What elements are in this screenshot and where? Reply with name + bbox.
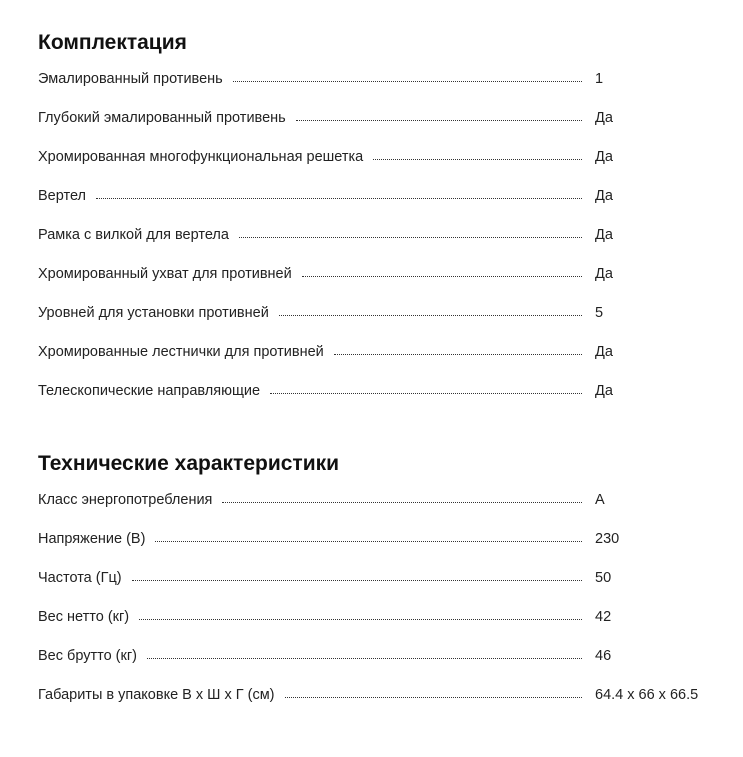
dotted-leader xyxy=(296,120,582,121)
spec-value: 230 xyxy=(595,529,619,549)
spec-row: Хромированный ухват для противнейДа xyxy=(38,264,718,303)
spec-value: 50 xyxy=(595,568,611,588)
spec-label: Вертел xyxy=(38,186,96,206)
dotted-leader xyxy=(96,198,582,199)
spec-label: Вес брутто (кг) xyxy=(38,646,147,666)
spec-row: Класс энергопотребленияA xyxy=(38,490,718,529)
dotted-leader xyxy=(147,658,582,659)
spec-label: Габариты в упаковке В х Ш х Г (см) xyxy=(38,685,285,705)
spec-label: Класс энергопотребления xyxy=(38,490,222,510)
section-title-tech-specs: Технические характеристики xyxy=(38,450,718,477)
spec-value: 46 xyxy=(595,646,611,666)
spec-label: Хромированные лестнички для противней xyxy=(38,342,334,362)
equipment-section: Комплектация Эмалированный противень1 Гл… xyxy=(38,29,718,420)
spec-value: 5 xyxy=(595,303,603,323)
spec-value: Да xyxy=(595,342,613,362)
spec-value: Да xyxy=(595,381,613,401)
dotted-leader xyxy=(279,315,582,316)
section-title-equipment: Комплектация xyxy=(38,29,718,56)
spec-value: Да xyxy=(595,108,613,128)
dotted-leader xyxy=(270,393,582,394)
spec-label: Хромированный ухват для противней xyxy=(38,264,302,284)
spec-row: Телескопические направляющиеДа xyxy=(38,381,718,420)
tech-specs-list: Класс энергопотребленияA Напряжение (В)2… xyxy=(38,490,718,724)
spec-row: Глубокий эмалированный противеньДа xyxy=(38,108,718,147)
spec-value: 1 xyxy=(595,69,603,89)
dotted-leader xyxy=(233,81,582,82)
dotted-leader xyxy=(334,354,582,355)
spec-value: A xyxy=(595,490,605,510)
spec-row: Рамка с вилкой для вертелаДа xyxy=(38,225,718,264)
spec-value: Да xyxy=(595,225,613,245)
dotted-leader xyxy=(373,159,582,160)
spec-row: ВертелДа xyxy=(38,186,718,225)
spec-row: Вес нетто (кг)42 xyxy=(38,607,718,646)
spec-value: Да xyxy=(595,264,613,284)
spec-label: Частота (Гц) xyxy=(38,568,132,588)
dotted-leader xyxy=(285,697,582,698)
spec-row: Вес брутто (кг)46 xyxy=(38,646,718,685)
dotted-leader xyxy=(239,237,582,238)
tech-specs-section: Технические характеристики Класс энергоп… xyxy=(38,450,718,724)
spec-label: Рамка с вилкой для вертела xyxy=(38,225,239,245)
spec-value: Да xyxy=(595,186,613,206)
spec-row: Напряжение (В)230 xyxy=(38,529,718,568)
equipment-list: Эмалированный противень1 Глубокий эмалир… xyxy=(38,69,718,420)
spec-row: Уровней для установки противней5 xyxy=(38,303,718,342)
spec-label: Эмалированный противень xyxy=(38,69,233,89)
dotted-leader xyxy=(302,276,582,277)
spec-label: Глубокий эмалированный противень xyxy=(38,108,296,128)
spec-value: Да xyxy=(595,147,613,167)
spec-label: Уровней для установки противней xyxy=(38,303,279,323)
dotted-leader xyxy=(155,541,582,542)
spec-row: Эмалированный противень1 xyxy=(38,69,718,108)
spec-row: Габариты в упаковке В х Ш х Г (см)64.4 x… xyxy=(38,685,718,724)
spec-row: Хромированные лестнички для противнейДа xyxy=(38,342,718,381)
spec-row: Частота (Гц)50 xyxy=(38,568,718,607)
spec-label: Вес нетто (кг) xyxy=(38,607,139,627)
spec-value: 64.4 x 66 x 66.5 xyxy=(595,685,698,705)
spec-label: Хромированная многофункциональная решетк… xyxy=(38,147,373,167)
dotted-leader xyxy=(222,502,582,503)
dotted-leader xyxy=(132,580,582,581)
spec-label: Телескопические направляющие xyxy=(38,381,270,401)
spec-label: Напряжение (В) xyxy=(38,529,155,549)
spec-row: Хромированная многофункциональная решетк… xyxy=(38,147,718,186)
dotted-leader xyxy=(139,619,582,620)
spec-value: 42 xyxy=(595,607,611,627)
